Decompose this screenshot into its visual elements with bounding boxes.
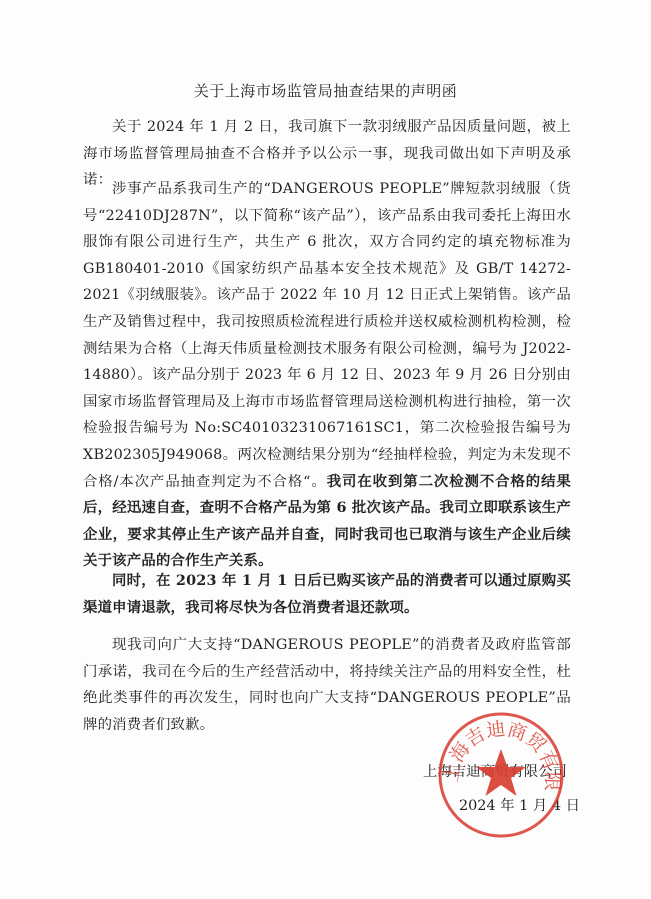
details-normal-text: 涉事产品系我司生产的“DANGEROUS PEOPLE”牌短款羽绒服（货号“22… bbox=[83, 181, 571, 490]
signature-date: 2024 年 1 月 4 日 bbox=[459, 794, 580, 815]
signature-company: 上海吉迪商贸有限公司 bbox=[423, 760, 567, 781]
document-title: 关于上海市场监管局抽查结果的声明函 bbox=[0, 80, 651, 101]
paragraph-details: 涉事产品系我司生产的“DANGEROUS PEOPLE”牌短款羽绒服（货号“22… bbox=[83, 176, 571, 575]
paragraph-refund: 同时，在 2023 年 1 月 1 日后已购买该产品的消费者可以通过原购买渠道申… bbox=[83, 568, 571, 621]
paragraph-commitment: 现我司向广大支持“DANGEROUS PEOPLE”的消费者及政府监管部门承诺，… bbox=[83, 632, 571, 738]
document-page: 关于上海市场监管局抽查结果的声明函 关于 2024 年 1 月 2 日，我司旗下… bbox=[0, 0, 651, 899]
